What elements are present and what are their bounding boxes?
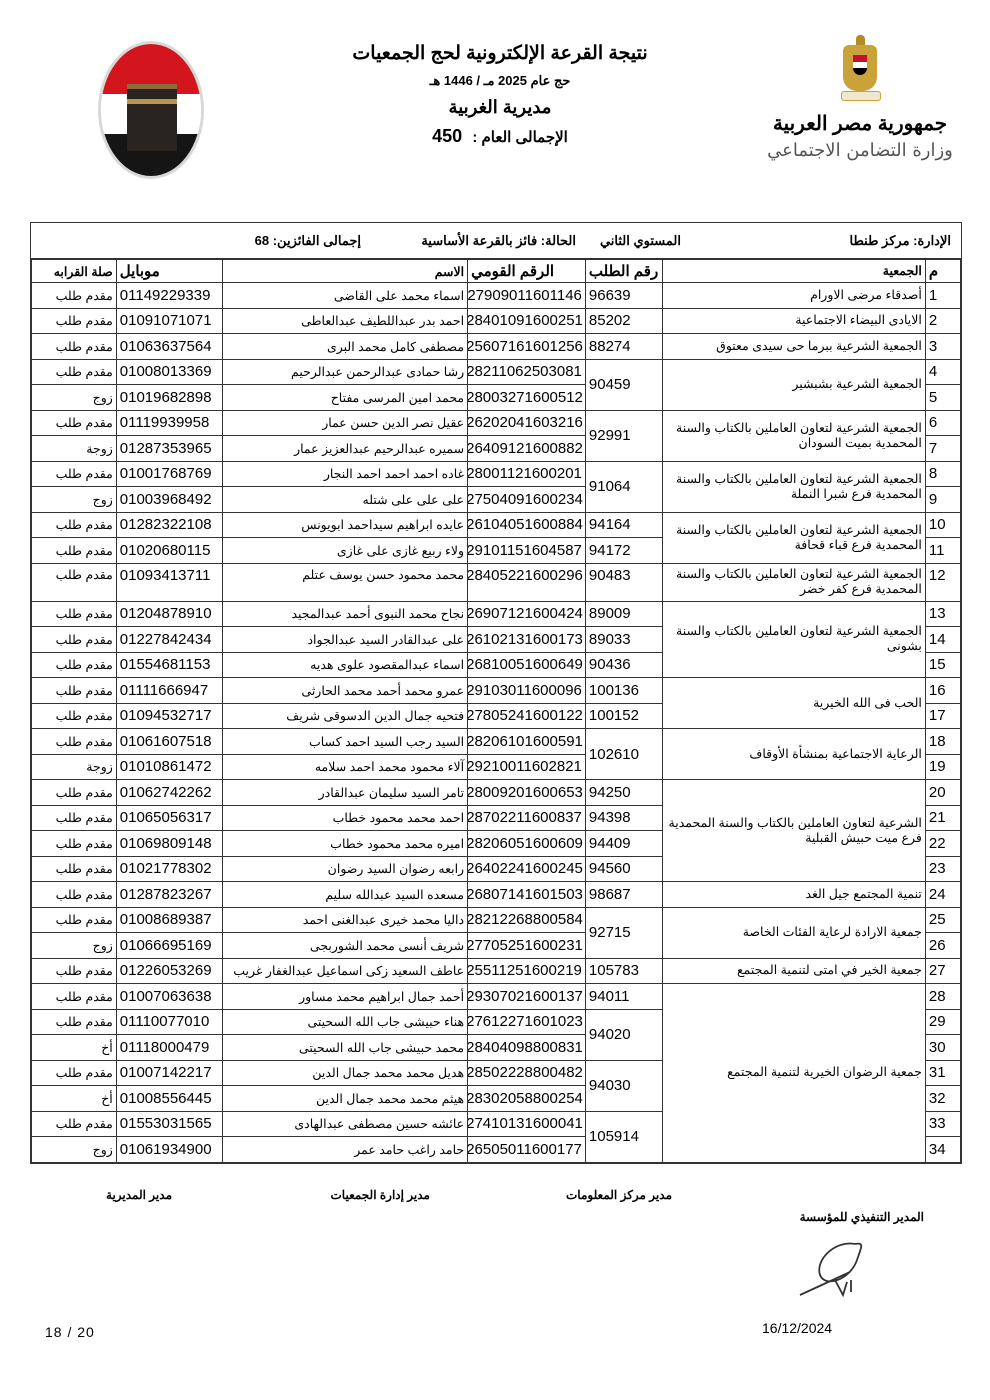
national-id: 26104051600884 [468, 512, 586, 538]
relation: أخ [32, 1086, 117, 1112]
request-number: 92991 [585, 410, 663, 461]
row-index: 3 [925, 334, 960, 360]
request-number: 89033 [585, 627, 663, 653]
national-id: 28206101600591 [468, 729, 586, 755]
mobile-number: 01020680115 [116, 538, 222, 564]
relation: زوج [32, 487, 117, 513]
person-name: غاده احمد احمد احمد النجار [223, 461, 468, 487]
row-index: 7 [925, 436, 960, 462]
grand-total-value: 450 [432, 126, 462, 146]
association-name: الجمعية الشرعية لتعاون العاملين بالكتاب … [663, 410, 925, 461]
person-name: هيثم محمد محمد جمال الدين [223, 1086, 468, 1112]
association-name: أصدقاء مرضى الاورام [663, 283, 925, 309]
request-number: 89009 [585, 601, 663, 627]
national-id: 28702211600837 [468, 805, 586, 831]
association-name: الحب فى الله الخيرية [663, 678, 925, 729]
association-name: الشرعية لتعاون العاملين بالكتاب والسنة ا… [663, 780, 925, 882]
col-name: الاسم [223, 260, 468, 283]
national-id: 29210011602821 [468, 754, 586, 780]
national-id: 28405221600296 [468, 563, 586, 601]
directorate-name: مديرية الغربية [300, 97, 700, 118]
table-row: 28جمعية الرضوان الخيرية لتنمية المجتمع94… [32, 984, 961, 1010]
row-index: 17 [925, 703, 960, 729]
republic-label: جمهورية مصر العربية [762, 111, 958, 136]
person-name: مسعده السيد عبدالله سليم [223, 882, 468, 908]
table-row: 24تنمية المجتمع جيل الغد9868726807141601… [32, 882, 961, 908]
relation: مقدم طلب [32, 334, 117, 360]
row-index: 8 [925, 461, 960, 487]
table-row: 8الجمعية الشرعية لتعاون العاملين بالكتاب… [32, 461, 961, 487]
relation: مقدم طلب [32, 1009, 117, 1035]
national-id: 26907121600424 [468, 601, 586, 627]
request-number: 105783 [585, 958, 663, 984]
request-number: 100152 [585, 703, 663, 729]
mobile-number: 01062742262 [116, 780, 222, 806]
col-relation: صلة القرابه [32, 260, 117, 283]
mobile-number: 01119939958 [116, 410, 222, 436]
person-name: رابعه رضوان السيد رضوان [223, 856, 468, 882]
person-name: عمرو محمد أحمد محمد الحارثى [223, 678, 468, 704]
mobile-number: 01204878910 [116, 601, 222, 627]
national-id: 27909011601146 [468, 283, 586, 309]
national-id: 28001121600201 [468, 461, 586, 487]
mobile-number: 01282322108 [116, 512, 222, 538]
national-id: 28206051600609 [468, 831, 586, 857]
person-name: السيد رجب السيد احمد كساب [223, 729, 468, 755]
row-index: 23 [925, 856, 960, 882]
table-row: 18الرعاية الاجتماعية بمنشأة الأوقاف10261… [32, 729, 961, 755]
national-id: 27805241600122 [468, 703, 586, 729]
relation: مقدم طلب [32, 780, 117, 806]
row-index: 19 [925, 754, 960, 780]
request-number: 85202 [585, 308, 663, 334]
col-index: م [925, 260, 960, 283]
winners-total: إجمالى الفائزين: 68 [255, 233, 361, 249]
association-name: الجمعية الشرعية ببرما حى سيدى معتوق [663, 334, 925, 360]
mobile-number: 01065056317 [116, 805, 222, 831]
request-number: 90436 [585, 652, 663, 678]
table-row: 2الايادى البيضاء الاجتماعية8520228401091… [32, 308, 961, 334]
table-row: 1أصدقاء مرضى الاورام9663927909011601146ا… [32, 283, 961, 309]
row-index: 15 [925, 652, 960, 678]
request-number: 94250 [585, 780, 663, 806]
relation: زوج [32, 385, 117, 411]
request-number: 94020 [585, 1009, 663, 1060]
relation: زوجة [32, 436, 117, 462]
row-index: 26 [925, 933, 960, 959]
sig-directorate: مدير المديرية [106, 1188, 172, 1202]
table-row: 25جمعية الارادة لرعاية الفئات الخاصة9271… [32, 907, 961, 933]
national-id: 26810051600649 [468, 652, 586, 678]
mobile-number: 01227842434 [116, 627, 222, 653]
page-title: نتيجة القرعة الإلكترونية لحج الجمعيات [300, 42, 700, 65]
relation: مقدم طلب [32, 652, 117, 678]
table-header-row: م الجمعية رقم الطلب الرقم القومي الاسم م… [32, 260, 961, 283]
mobile-number: 01554681153 [116, 652, 222, 678]
relation: مقدم طلب [32, 538, 117, 564]
person-name: محمد حبيشى جاب الله السحيتى [223, 1035, 468, 1061]
national-id: 27612271601023 [468, 1009, 586, 1035]
national-id: 25511251600219 [468, 958, 586, 984]
col-mobile: موبايل [116, 260, 222, 283]
request-number: 94011 [585, 984, 663, 1010]
col-request-no: رقم الطلب [585, 260, 663, 283]
row-index: 21 [925, 805, 960, 831]
relation: مقدم طلب [32, 958, 117, 984]
mobile-number: 01010861472 [116, 754, 222, 780]
request-number: 100136 [585, 678, 663, 704]
person-name: احمد بدر عبداللطيف عبدالعاطى [223, 308, 468, 334]
row-index: 32 [925, 1086, 960, 1112]
mobile-number: 01001768769 [116, 461, 222, 487]
person-name: محمد امين المرسى مفتاح [223, 385, 468, 411]
person-name: عقيل نصر الدين حسن عمار [223, 410, 468, 436]
row-index: 6 [925, 410, 960, 436]
person-name: على عبدالقادر السيد عبدالجواد [223, 627, 468, 653]
person-name: مصطفى كامل محمد البرى [223, 334, 468, 360]
national-id: 28212268800584 [468, 907, 586, 933]
national-id: 28009201600653 [468, 780, 586, 806]
row-index: 16 [925, 678, 960, 704]
row-index: 22 [925, 831, 960, 857]
row-index: 9 [925, 487, 960, 513]
national-id: 27410131600041 [468, 1111, 586, 1137]
national-id: 29103011600096 [468, 678, 586, 704]
person-name: على على على شتله [223, 487, 468, 513]
row-index: 30 [925, 1035, 960, 1061]
person-name: رشا حمادى عبدالرحمن عبدالرحيم [223, 359, 468, 385]
person-name: هناء حبيشى جاب الله السحيتى [223, 1009, 468, 1035]
association-name: الجمعية الشرعية لتعاون العاملين بالكتاب … [663, 512, 925, 563]
mobile-number: 01111666947 [116, 678, 222, 704]
table-row: 6الجمعية الشرعية لتعاون العاملين بالكتاب… [32, 410, 961, 436]
request-number: 94398 [585, 805, 663, 831]
mobile-number: 01061934900 [116, 1137, 222, 1163]
person-name: حامد راغب حامد عمر [223, 1137, 468, 1163]
request-number: 94030 [585, 1060, 663, 1111]
national-id: 28211062503081 [468, 359, 586, 385]
mobile-number: 01007063638 [116, 984, 222, 1010]
request-number: 88274 [585, 334, 663, 360]
relation: مقدم طلب [32, 563, 117, 601]
mobile-number: 01019682898 [116, 385, 222, 411]
mobile-number: 01008556445 [116, 1086, 222, 1112]
mobile-number: 01287353965 [116, 436, 222, 462]
row-index: 27 [925, 958, 960, 984]
mobile-number: 01066695169 [116, 933, 222, 959]
table-row: 16الحب فى الله الخيرية100136291030116000… [32, 678, 961, 704]
relation: مقدم طلب [32, 1060, 117, 1086]
person-name: احمد محمد محمود خطاب [223, 805, 468, 831]
mobile-number: 01061607518 [116, 729, 222, 755]
table-row: 27جمعية الخير في امتى لتنمية المجتمع1057… [32, 958, 961, 984]
row-index: 13 [925, 601, 960, 627]
sig-info-center: مدير مركز المعلومات [566, 1188, 672, 1202]
request-number: 94164 [585, 512, 663, 538]
mobile-number: 01003968492 [116, 487, 222, 513]
level: المستوي الثاني [600, 233, 681, 249]
person-name: داليا محمد خيرى عبدالغنى احمد [223, 907, 468, 933]
row-index: 1 [925, 283, 960, 309]
row-index: 11 [925, 538, 960, 564]
person-name: تامر السيد سليمان عبدالقادر [223, 780, 468, 806]
relation: مقدم طلب [32, 984, 117, 1010]
national-id: 26807141601503 [468, 882, 586, 908]
relation: أخ [32, 1035, 117, 1061]
row-index: 20 [925, 780, 960, 806]
relation: مقدم طلب [32, 359, 117, 385]
request-number: 96639 [585, 283, 663, 309]
request-number: 98687 [585, 882, 663, 908]
row-index: 4 [925, 359, 960, 385]
national-id: 27705251600231 [468, 933, 586, 959]
association-name: الجمعية الشرعية بشبشير [663, 359, 925, 410]
national-id: 28003271600512 [468, 385, 586, 411]
association-name: الرعاية الاجتماعية بمنشأة الأوقاف [663, 729, 925, 780]
sig-assoc-admin: مدير إدارة الجمعيات [331, 1188, 431, 1202]
national-id: 25607161601256 [468, 334, 586, 360]
national-id: 28502228800482 [468, 1060, 586, 1086]
national-id: 29101151604587 [468, 538, 586, 564]
relation: مقدم طلب [32, 410, 117, 436]
document-header: نتيجة القرعة الإلكترونية لحج الجمعيات حج… [300, 40, 700, 147]
relation: مقدم طلب [32, 601, 117, 627]
person-name: ولاء ربيع غازى على غازى [223, 538, 468, 564]
association-name: الجمعية الشرعية لتعاون العاملين بالكتاب … [663, 461, 925, 512]
national-id: 29307021600137 [468, 984, 586, 1010]
row-index: 34 [925, 1137, 960, 1163]
person-name: اسماء محمد على القاضى [223, 283, 468, 309]
row-index: 33 [925, 1111, 960, 1137]
request-number: 102610 [585, 729, 663, 780]
person-name: عائشه حسين مصطفى عبدالهادى [223, 1111, 468, 1137]
person-name: محمد محمود حسن يوسف عتلم [223, 563, 468, 601]
winners-table: م الجمعية رقم الطلب الرقم القومي الاسم م… [31, 259, 961, 1163]
request-number: 105914 [585, 1111, 663, 1162]
relation: مقدم طلب [32, 856, 117, 882]
national-id: 27504091600234 [468, 487, 586, 513]
person-name: شريف أنسى محمد الشوربجى [223, 933, 468, 959]
handwritten-signature-icon [795, 1240, 875, 1305]
kaaba-hajj-seal-icon [88, 33, 208, 183]
row-index: 31 [925, 1060, 960, 1086]
mobile-number: 01091071071 [116, 308, 222, 334]
table-row: 10الجمعية الشرعية لتعاون العاملين بالكتا… [32, 512, 961, 538]
national-id: 26102131600173 [468, 627, 586, 653]
row-index: 24 [925, 882, 960, 908]
col-association: الجمعية [663, 260, 925, 283]
administration: الإدارة: مركز طنطا [850, 233, 951, 249]
ministry-label: وزارة التضامن الاجتماعي [762, 140, 958, 161]
national-id: 28401091600251 [468, 308, 586, 334]
table-body: 1أصدقاء مرضى الاورام9663927909011601146ا… [32, 283, 961, 1163]
results-sheet: الإدارة: مركز طنطا المستوي الثاني الحالة… [30, 222, 962, 1164]
row-index: 2 [925, 308, 960, 334]
exec-director-label: المدير التنفيذي للمؤسسة [800, 1210, 924, 1224]
association-name: الجمعية الشرعية لتعاون العاملين بالكتاب … [663, 601, 925, 678]
request-number: 92715 [585, 907, 663, 958]
relation: مقدم طلب [32, 703, 117, 729]
mobile-number: 01094532717 [116, 703, 222, 729]
person-name: فتحيه جمال الدين الدسوقى شريف [223, 703, 468, 729]
row-index: 18 [925, 729, 960, 755]
grand-total: الإجمالى العام : 450 [300, 126, 700, 147]
relation: مقدم طلب [32, 461, 117, 487]
relation: مقدم طلب [32, 678, 117, 704]
row-index: 28 [925, 984, 960, 1010]
sheet-meta: الإدارة: مركز طنطا المستوي الثاني الحالة… [31, 223, 961, 259]
table-row: 20الشرعية لتعاون العاملين بالكتاب والسنة… [32, 780, 961, 806]
national-id: 26505011600177 [468, 1137, 586, 1163]
status: الحالة: فائز بالقرعة الأساسية [421, 233, 576, 249]
mobile-number: 01553031565 [116, 1111, 222, 1137]
request-number: 90483 [585, 563, 663, 601]
request-number: 91064 [585, 461, 663, 512]
mobile-number: 01008689387 [116, 907, 222, 933]
issue-date: 16/12/2024 [762, 1320, 832, 1336]
mobile-number: 01226053269 [116, 958, 222, 984]
request-number: 94172 [585, 538, 663, 564]
person-name: آلاء محمود محمد احمد سلامه [223, 754, 468, 780]
relation: مقدم طلب [32, 729, 117, 755]
relation: زوج [32, 933, 117, 959]
hajj-year: حج عام 2025 مـ / 1446 هـ [300, 73, 700, 89]
request-number: 90459 [585, 359, 663, 410]
relation: مقدم طلب [32, 283, 117, 309]
national-id: 26409121600882 [468, 436, 586, 462]
association-name: جمعية الارادة لرعاية الفئات الخاصة [663, 907, 925, 958]
relation: مقدم طلب [32, 308, 117, 334]
relation: مقدم طلب [32, 882, 117, 908]
mobile-number: 01008013369 [116, 359, 222, 385]
mobile-number: 01110077010 [116, 1009, 222, 1035]
row-index: 25 [925, 907, 960, 933]
relation: مقدم طلب [32, 627, 117, 653]
national-id: 28404098800831 [468, 1035, 586, 1061]
signatures-row: مدير مركز المعلومات مدير إدارة الجمعيات … [0, 1188, 990, 1208]
relation: مقدم طلب [32, 805, 117, 831]
ministry-logo: جمهورية مصر العربية وزارة التضامن الاجتم… [762, 35, 958, 161]
grand-total-label: الإجمالى العام : [472, 129, 567, 146]
relation: مقدم طلب [32, 907, 117, 933]
association-name: جمعية الرضوان الخيرية لتنمية المجتمع [663, 984, 925, 1163]
mobile-number: 01118000479 [116, 1035, 222, 1061]
association-name: الايادى البيضاء الاجتماعية [663, 308, 925, 334]
association-name: جمعية الخير في امتى لتنمية المجتمع [663, 958, 925, 984]
request-number: 94409 [585, 831, 663, 857]
association-name: تنمية المجتمع جيل الغد [663, 882, 925, 908]
relation: زوج [32, 1137, 117, 1163]
person-name: أحمد جمال ابراهيم محمد مساور [223, 984, 468, 1010]
national-id: 26202041603216 [468, 410, 586, 436]
mobile-number: 01069809148 [116, 831, 222, 857]
table-row: 13الجمعية الشرعية لتعاون العاملين بالكتا… [32, 601, 961, 627]
mobile-number: 01149229339 [116, 283, 222, 309]
mobile-number: 01021778302 [116, 856, 222, 882]
table-row: 4الجمعية الشرعية بشبشير90459282110625030… [32, 359, 961, 385]
request-number: 94560 [585, 856, 663, 882]
table-row: 3الجمعية الشرعية ببرما حى سيدى معتوق8827… [32, 334, 961, 360]
person-name: هديل محمد محمد جمال الدين [223, 1060, 468, 1086]
page-indicator: 18 / 20 [45, 1324, 95, 1340]
row-index: 14 [925, 627, 960, 653]
person-name: سميره عبدالرحيم عبدالعزيز عمار [223, 436, 468, 462]
relation: مقدم طلب [32, 512, 117, 538]
mobile-number: 01287823267 [116, 882, 222, 908]
person-name: عاطف السعيد زكى اسماعيل عبدالغفار غريب [223, 958, 468, 984]
row-index: 12 [925, 563, 960, 601]
relation: مقدم طلب [32, 1111, 117, 1137]
person-name: عايده ابراهيم سيداحمد ابويونس [223, 512, 468, 538]
row-index: 10 [925, 512, 960, 538]
mobile-number: 01007142217 [116, 1060, 222, 1086]
national-id: 26402241600245 [468, 856, 586, 882]
mobile-number: 01093413711 [116, 563, 222, 601]
row-index: 29 [925, 1009, 960, 1035]
row-index: 5 [925, 385, 960, 411]
association-name: الجمعية الشرعية لتعاون العاملين بالكتاب … [663, 563, 925, 601]
national-id: 28302058800254 [468, 1086, 586, 1112]
person-name: نجاح محمد النبوى أحمد عبدالمجيد [223, 601, 468, 627]
person-name: اسماء عبدالمقصود علوى هديه [223, 652, 468, 678]
mobile-number: 01063637564 [116, 334, 222, 360]
relation: زوجة [32, 754, 117, 780]
relation: مقدم طلب [32, 831, 117, 857]
col-national-id: الرقم القومي [468, 260, 586, 283]
person-name: اميره محمد محمود خطاب [223, 831, 468, 857]
egypt-eagle-emblem-icon [837, 35, 883, 101]
table-row: 12الجمعية الشرعية لتعاون العاملين بالكتا… [32, 563, 961, 601]
